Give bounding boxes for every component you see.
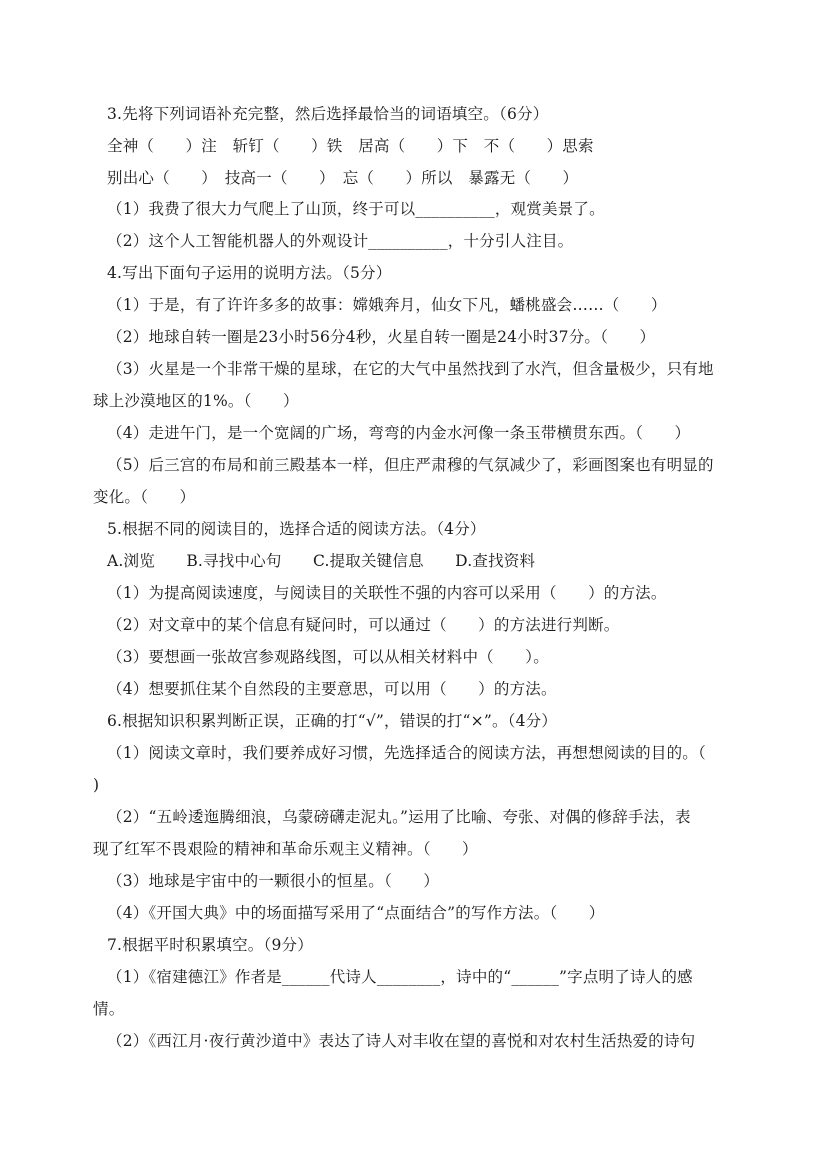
question-6-item-1-continued: ) — [93, 775, 753, 795]
exam-page: 3.先将下列词语补充完整，然后选择最恰当的词语填空。（6分） 全神（ ）注 斩钉… — [0, 0, 826, 1169]
question-6-item-4: （4）《开国大典》中的场面描写采用了“点面结合”的写作方法。（ ） — [107, 903, 767, 923]
question-7-item-1-continued: 情。 — [93, 999, 753, 1019]
question-5-item-3: （3）要想画一张故宫参观路线图，可以从相关材料中（ ）。 — [107, 647, 767, 667]
question-6-item-2: （2）“五岭逶迤腾细浪，乌蒙磅礴走泥丸。”运用了比喻、夸张、对偶的修辞手法，表 — [107, 807, 767, 827]
question-5-title: 5.根据不同的阅读目的，选择合适的阅读方法。（4分） — [107, 519, 767, 539]
question-4-item-5-continued: 变化。（ ） — [93, 487, 753, 507]
question-4-item-4: （4）走进午门，是一个宽阔的广场，弯弯的内金水河像一条玉带横贯东西。（ ） — [107, 423, 767, 443]
question-5-item-2: （2）对文章中的某个信息有疑问时，可以通过（ ）的方法进行判断。 — [107, 615, 767, 635]
question-4-item-3: （3）火星是一个非常干燥的星球，在它的大气中虽然找到了水汽，但含量极少，只有地 — [107, 359, 767, 379]
question-4-item-2: （2）地球自转一圈是23小时56分4秒，火星自转一圈是24小时37分。（ ） — [107, 327, 767, 347]
question-5-item-1: （1）为提高阅读速度，与阅读目的关联性不强的内容可以采用（ ）的方法。 — [107, 583, 767, 603]
question-3-words-row-2: 别出心（ ） 技高一（ ） 忘（ ）所以 暴露无（ ） — [107, 168, 767, 188]
question-3-item-1: （1）我费了很大力气爬上了山顶，终于可以__________，观赏美景了。 — [107, 199, 767, 219]
question-6-item-2-continued: 现了红军不畏艰险的精神和革命乐观主义精神。（ ） — [93, 839, 753, 859]
question-7-title: 7.根据平时积累填空。（9分） — [107, 935, 767, 955]
question-6-item-3: （3）地球是宇宙中的一颗很小的恒星。（ ） — [107, 871, 767, 891]
question-5-options: A.浏览 B.寻找中心句 C.提取关键信息 D.查找资料 — [107, 551, 767, 571]
question-5-item-4: （4）想要抓住某个自然段的主要意思，可以用（ ）的方法。 — [107, 679, 767, 699]
question-3-title: 3.先将下列词语补充完整，然后选择最恰当的词语填空。（6分） — [107, 104, 767, 124]
question-4-title: 4.写出下面句子运用的说明方法。（5分） — [107, 263, 767, 283]
question-4-item-1: （1）于是，有了许许多多的故事：嫦娥奔月，仙女下凡，蟠桃盛会……（ ） — [107, 295, 767, 315]
question-3-words-row-1: 全神（ ）注 斩钉（ ）铁 居高（ ）下 不（ ）思索 — [107, 136, 767, 156]
question-7-item-2: （2）《西江月·夜行黄沙道中》表达了诗人对丰收在望的喜悦和对农村生活热爱的诗句 — [107, 1031, 767, 1051]
question-7-item-1: （1）《宿建德江》作者是______代诗人________，诗中的“______… — [107, 967, 767, 987]
question-6-item-1: （1）阅读文章时，我们要养成好习惯，先选择适合的阅读方法，再想想阅读的目的。（ — [107, 743, 767, 763]
question-4-item-3-continued: 球上沙漠地区的1%。（ ） — [93, 391, 753, 411]
question-4-item-5: （5）后三宫的布局和前三殿基本一样，但庄严肃穆的气氛减少了，彩画图案也有明显的 — [107, 455, 767, 475]
question-3-item-2: （2）这个人工智能机器人的外观设计__________，十分引人注目。 — [107, 231, 767, 251]
question-6-title: 6.根据知识积累判断正误，正确的打“√”，错误的打“×”。（4分） — [107, 711, 767, 731]
